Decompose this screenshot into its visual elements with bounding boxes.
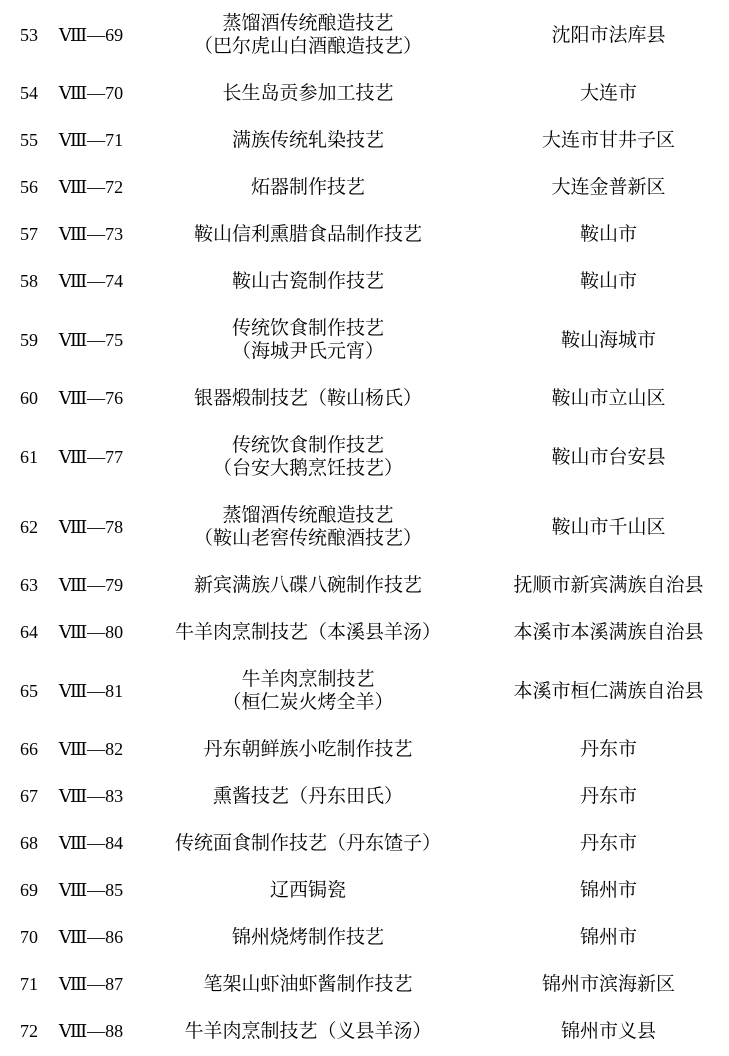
row-item-name-line1: 炻器制作技艺 [124,176,492,199]
row-category-code: Ⅷ—82 [58,738,124,761]
row-item-name-line1: 传统面食制作技艺（丹东馇子） [124,832,492,855]
row-sequence-number: 53 [0,24,58,47]
table-row: 67 Ⅷ—83 熏酱技艺（丹东田氏） 丹东市 [0,773,729,820]
row-sequence-number: 65 [0,680,58,703]
row-category-code: Ⅷ—81 [58,680,124,703]
row-location: 抚顺市新宾满族自治县 [492,574,729,597]
table-row: 71 Ⅷ—87 笔架山虾油虾酱制作技艺 锦州市滨海新区 [0,961,729,1008]
row-item-name: 传统饮食制作技艺 （海城尹氏元宵） [124,317,492,363]
table-row: 70 Ⅷ—86 锦州烧烤制作技艺 锦州市 [0,914,729,961]
table-row: 56 Ⅷ—72 炻器制作技艺 大连金普新区 [0,164,729,211]
row-category-code: Ⅷ—83 [58,785,124,808]
row-location: 鞍山市 [492,223,729,246]
row-sequence-number: 71 [0,973,58,996]
row-item-name: 笔架山虾油虾酱制作技艺 [124,973,492,996]
row-location: 大连市 [492,82,729,105]
row-sequence-number: 64 [0,621,58,644]
row-item-name: 蒸馏酒传统酿造技艺 （鞍山老窖传统酿酒技艺） [124,504,492,550]
row-item-name-line1: 牛羊肉烹制技艺（义县羊汤） [124,1020,492,1043]
row-category-code: Ⅷ—76 [58,387,124,410]
row-category-code: Ⅷ—80 [58,621,124,644]
row-category-code: Ⅷ—77 [58,446,124,469]
row-location: 丹东市 [492,832,729,855]
row-item-name: 新宾满族八碟八碗制作技艺 [124,574,492,597]
row-item-name: 鞍山信利熏腊食品制作技艺 [124,223,492,246]
table-row: 60 Ⅷ—76 银器煅制技艺（鞍山杨氏） 鞍山市立山区 [0,375,729,422]
row-item-name-line2: （巴尔虎山白酒酿造技艺） [124,35,492,58]
row-item-name-line1: 满族传统轧染技艺 [124,129,492,152]
table-row: 62 Ⅷ—78 蒸馏酒传统酿造技艺 （鞍山老窖传统酿酒技艺） 鞍山市千山区 [0,492,729,562]
row-sequence-number: 55 [0,129,58,152]
row-location: 大连金普新区 [492,176,729,199]
row-item-name: 辽西锔瓷 [124,879,492,902]
table-row: 54 Ⅷ—70 长生岛贡参加工技艺 大连市 [0,70,729,117]
row-sequence-number: 60 [0,387,58,410]
row-item-name: 传统饮食制作技艺 （台安大鹅烹饪技艺） [124,434,492,480]
table-row: 59 Ⅷ—75 传统饮食制作技艺 （海城尹氏元宵） 鞍山海城市 [0,305,729,375]
heritage-list-table: 53 Ⅷ—69 蒸馏酒传统酿造技艺 （巴尔虎山白酒酿造技艺） 沈阳市法库县 54… [0,0,729,1055]
row-item-name-line1: 传统饮食制作技艺 [124,434,492,457]
table-row: 69 Ⅷ—85 辽西锔瓷 锦州市 [0,867,729,914]
row-location: 本溪市本溪满族自治县 [492,621,729,644]
row-item-name-line2: （鞍山老窖传统酿酒技艺） [124,527,492,550]
row-item-name-line2: （海城尹氏元宵） [124,340,492,363]
row-item-name: 牛羊肉烹制技艺（义县羊汤） [124,1020,492,1043]
row-sequence-number: 61 [0,446,58,469]
row-item-name-line1: 丹东朝鲜族小吃制作技艺 [124,738,492,761]
row-sequence-number: 56 [0,176,58,199]
table-row: 68 Ⅷ—84 传统面食制作技艺（丹东馇子） 丹东市 [0,820,729,867]
row-item-name-line2: （桓仁炭火烤全羊） [124,691,492,714]
row-location: 锦州市 [492,926,729,949]
row-category-code: Ⅷ—71 [58,129,124,152]
row-item-name: 丹东朝鲜族小吃制作技艺 [124,738,492,761]
row-item-name: 牛羊肉烹制技艺（本溪县羊汤） [124,621,492,644]
row-sequence-number: 62 [0,516,58,539]
row-item-name: 长生岛贡参加工技艺 [124,82,492,105]
row-sequence-number: 69 [0,879,58,902]
row-category-code: Ⅷ—79 [58,574,124,597]
row-location: 丹东市 [492,785,729,808]
row-location: 锦州市滨海新区 [492,973,729,996]
row-item-name-line1: 牛羊肉烹制技艺 [124,668,492,691]
row-location: 丹东市 [492,738,729,761]
row-sequence-number: 59 [0,329,58,352]
row-location: 锦州市 [492,879,729,902]
row-location: 沈阳市法库县 [492,24,729,47]
row-category-code: Ⅷ—84 [58,832,124,855]
table-row: 66 Ⅷ—82 丹东朝鲜族小吃制作技艺 丹东市 [0,726,729,773]
row-item-name-line1: 传统饮食制作技艺 [124,317,492,340]
row-item-name-line1: 蒸馏酒传统酿造技艺 [124,12,492,35]
table-row: 72 Ⅷ—88 牛羊肉烹制技艺（义县羊汤） 锦州市义县 [0,1008,729,1055]
row-item-name-line1: 新宾满族八碟八碗制作技艺 [124,574,492,597]
row-category-code: Ⅷ—69 [58,24,124,47]
row-location: 鞍山市 [492,270,729,293]
row-category-code: Ⅷ—75 [58,329,124,352]
row-category-code: Ⅷ—73 [58,223,124,246]
row-item-name: 炻器制作技艺 [124,176,492,199]
row-sequence-number: 63 [0,574,58,597]
row-item-name-line1: 鞍山信利熏腊食品制作技艺 [124,223,492,246]
row-sequence-number: 66 [0,738,58,761]
row-item-name-line1: 鞍山古瓷制作技艺 [124,270,492,293]
row-item-name-line1: 熏酱技艺（丹东田氏） [124,785,492,808]
row-sequence-number: 70 [0,926,58,949]
table-row: 55 Ⅷ—71 满族传统轧染技艺 大连市甘井子区 [0,117,729,164]
row-item-name-line1: 笔架山虾油虾酱制作技艺 [124,973,492,996]
row-category-code: Ⅷ—78 [58,516,124,539]
row-item-name-line1: 长生岛贡参加工技艺 [124,82,492,105]
row-category-code: Ⅷ—85 [58,879,124,902]
row-item-name-line2: （台安大鹅烹饪技艺） [124,457,492,480]
table-row: 61 Ⅷ—77 传统饮食制作技艺 （台安大鹅烹饪技艺） 鞍山市台安县 [0,422,729,492]
row-location: 鞍山海城市 [492,329,729,352]
table-row: 65 Ⅷ—81 牛羊肉烹制技艺 （桓仁炭火烤全羊） 本溪市桓仁满族自治县 [0,656,729,726]
row-item-name-line1: 银器煅制技艺（鞍山杨氏） [124,387,492,410]
row-location: 本溪市桓仁满族自治县 [492,680,729,703]
row-location: 鞍山市台安县 [492,446,729,469]
row-item-name: 鞍山古瓷制作技艺 [124,270,492,293]
row-item-name: 蒸馏酒传统酿造技艺 （巴尔虎山白酒酿造技艺） [124,12,492,58]
row-sequence-number: 58 [0,270,58,293]
row-item-name: 锦州烧烤制作技艺 [124,926,492,949]
row-category-code: Ⅷ—72 [58,176,124,199]
row-category-code: Ⅷ—74 [58,270,124,293]
row-sequence-number: 72 [0,1020,58,1043]
row-sequence-number: 68 [0,832,58,855]
row-item-name-line1: 牛羊肉烹制技艺（本溪县羊汤） [124,621,492,644]
table-row: 57 Ⅷ—73 鞍山信利熏腊食品制作技艺 鞍山市 [0,211,729,258]
table-row: 58 Ⅷ—74 鞍山古瓷制作技艺 鞍山市 [0,258,729,305]
row-item-name: 传统面食制作技艺（丹东馇子） [124,832,492,855]
row-category-code: Ⅷ—70 [58,82,124,105]
row-item-name: 熏酱技艺（丹东田氏） [124,785,492,808]
row-item-name-line1: 锦州烧烤制作技艺 [124,926,492,949]
row-item-name-line1: 蒸馏酒传统酿造技艺 [124,504,492,527]
row-sequence-number: 54 [0,82,58,105]
table-row: 64 Ⅷ—80 牛羊肉烹制技艺（本溪县羊汤） 本溪市本溪满族自治县 [0,609,729,656]
row-sequence-number: 67 [0,785,58,808]
row-location: 锦州市义县 [492,1020,729,1043]
row-category-code: Ⅷ—86 [58,926,124,949]
row-sequence-number: 57 [0,223,58,246]
table-row: 63 Ⅷ—79 新宾满族八碟八碗制作技艺 抚顺市新宾满族自治县 [0,562,729,609]
table-row: 53 Ⅷ—69 蒸馏酒传统酿造技艺 （巴尔虎山白酒酿造技艺） 沈阳市法库县 [0,0,729,70]
row-location: 鞍山市立山区 [492,387,729,410]
row-location: 大连市甘井子区 [492,129,729,152]
row-item-name: 牛羊肉烹制技艺 （桓仁炭火烤全羊） [124,668,492,714]
row-item-name-line1: 辽西锔瓷 [124,879,492,902]
row-location: 鞍山市千山区 [492,516,729,539]
row-category-code: Ⅷ—87 [58,973,124,996]
row-category-code: Ⅷ—88 [58,1020,124,1043]
row-item-name: 银器煅制技艺（鞍山杨氏） [124,387,492,410]
row-item-name: 满族传统轧染技艺 [124,129,492,152]
